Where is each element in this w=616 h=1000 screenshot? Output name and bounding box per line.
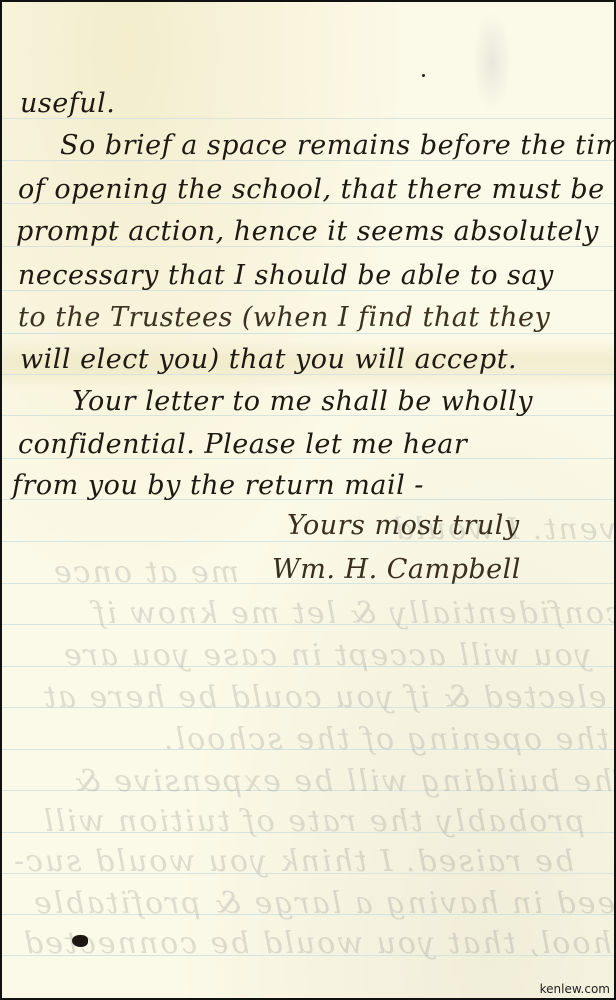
letter-line: useful. xyxy=(20,88,115,119)
letter-page: event. I would me at once confidentially… xyxy=(0,0,616,1000)
paper-smudge xyxy=(472,12,512,112)
bleed-through-line: The building will be expensive & xyxy=(72,764,616,799)
letter-line: will elect you) that you will accept. xyxy=(20,344,517,375)
bleed-through-line: probably the rate of tuition will xyxy=(42,804,585,839)
letter-line: prompt action, hence it seems absolutely xyxy=(16,216,599,247)
bleed-through-line: me at once xyxy=(52,555,239,590)
watermark: kenlew.com xyxy=(540,982,610,996)
bleed-through-line: elected & if you could be here at xyxy=(42,680,606,715)
letter-line: from you by the return mail - xyxy=(12,470,424,501)
letter-line: confidential. Please let me hear xyxy=(18,429,467,460)
letter-line: necessary that I should be able to say xyxy=(18,260,554,291)
ruled-line xyxy=(2,333,614,334)
letter-line: So brief a space remains before the time xyxy=(60,130,616,161)
letter-closing: Yours most truly xyxy=(287,510,520,541)
bleed-through-line: ceed in having a large & profitable xyxy=(32,886,616,921)
bleed-through-line: be raised. I think you would suc- xyxy=(12,844,574,879)
letter-line: to the Trustees (when I find that they xyxy=(18,302,550,333)
letter-line: Your letter to me shall be wholly xyxy=(72,386,533,417)
ink-blot xyxy=(72,935,88,947)
ink-speck xyxy=(422,74,425,77)
bleed-through-line: confidentially & let me know if xyxy=(92,596,616,631)
letter-signature: Wm. H. Campbell xyxy=(272,554,521,585)
letter-line: of opening the school, that there must b… xyxy=(18,174,605,205)
bleed-through-line: you will accept in case you are xyxy=(62,638,592,673)
bleed-through-line: school, that you would be connected xyxy=(22,926,616,961)
bleed-through-line: the opening of the school. xyxy=(162,722,609,757)
